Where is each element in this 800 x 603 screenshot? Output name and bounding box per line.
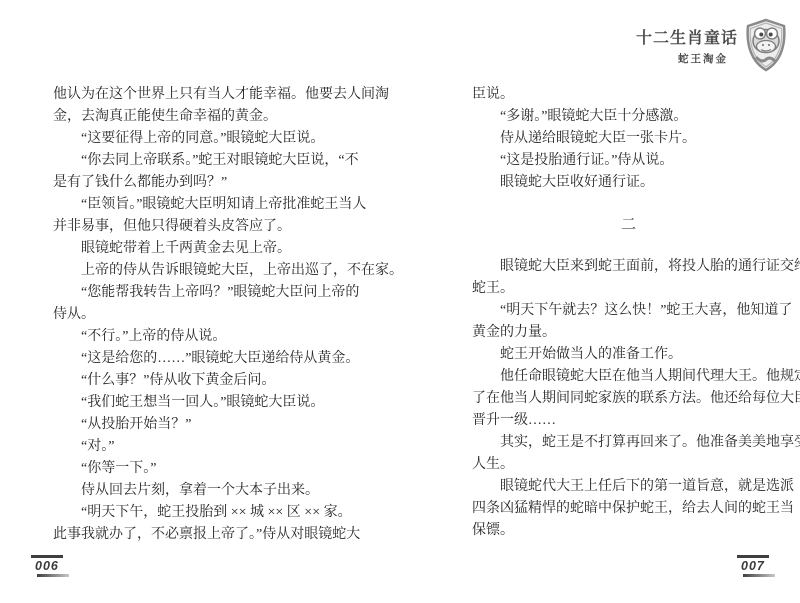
text-line: “你去同上帝联系。”蛇王对眼镜蛇大臣说，“不 xyxy=(53,150,389,172)
right-page-text: 臣说。 “多谢。”眼镜蛇大臣十分感激。 侍从递给眼镜蛇大臣一张卡片。 “这是投胎… xyxy=(472,84,786,542)
text-line: 他认为在这个世界上只有当人才能幸福。他要去人间淘 xyxy=(53,84,389,106)
section-heading: 二 xyxy=(472,214,786,236)
text-line: 侍从。 xyxy=(53,304,389,326)
text-line: “这要征得上帝的同意。”眼镜蛇大臣说。 xyxy=(53,128,389,150)
header-titles: 十二生肖童话 蛇王淘金 xyxy=(636,25,738,66)
text-line: 蛇王开始做当人的准备工作。 xyxy=(472,344,786,366)
text-line: “这是给您的……”眼镜蛇大臣递给侍从黄金。 xyxy=(53,348,389,370)
left-page-number: 006 xyxy=(31,559,69,573)
text-line: “这是投胎通行证。”侍从说。 xyxy=(472,150,786,172)
badge-top-bar xyxy=(737,555,769,558)
right-page-number-badge: 007 xyxy=(737,555,775,577)
snake-shield-emblem-icon xyxy=(742,18,790,72)
left-page-number-badge: 006 xyxy=(31,555,69,577)
text-line: 侍从回去片刻，拿着一个大本子出来。 xyxy=(53,480,389,502)
text-line: 眼镜蛇大臣收好通行证。 xyxy=(472,172,786,194)
text-line: 眼镜蛇带着上千两黄金去见上帝。 xyxy=(53,238,389,260)
left-page-text: 他认为在这个世界上只有当人才能幸福。他要去人间淘金，去淘真正能使生命幸福的黄金。… xyxy=(53,84,389,546)
right-page-number: 007 xyxy=(737,559,775,573)
text-line: 侍从递给眼镜蛇大臣一张卡片。 xyxy=(472,128,786,150)
text-line: 了在他当人期间同蛇家族的联系方法。他还给每位大臣 xyxy=(472,388,786,410)
text-line: 保镖。 xyxy=(472,520,786,542)
text-line: “什么事？”侍从收下黄金后问。 xyxy=(53,370,389,392)
text-line: 眼镜蛇大臣来到蛇王面前，将投人胎的通行证交给 xyxy=(472,256,786,278)
text-line: 人生。 xyxy=(472,454,786,476)
series-title: 十二生肖童话 xyxy=(636,25,738,48)
text-line: “你等一下。” xyxy=(53,458,389,480)
badge-top-bar xyxy=(31,555,63,558)
text-line: “臣领旨。”眼镜蛇大臣明知请上帝批准蛇王当人 xyxy=(53,194,389,216)
text-line: 上帝的侍从告诉眼镜蛇大臣，上帝出巡了，不在家。 xyxy=(53,260,389,282)
text-line: 晋升一级…… xyxy=(472,410,786,432)
text-line: 四条凶猛精悍的蛇暗中保护蛇王，给去人间的蛇王当 xyxy=(472,498,786,520)
text-line: “明天下午就去？这么快！”蛇王大喜，他知道了 xyxy=(472,300,786,322)
text-line: 是有了钱什么都能办到吗？” xyxy=(53,172,389,194)
text-line: “明天下午，蛇王投胎到 ×× 城 ×× 区 ×× 家。 xyxy=(53,502,389,524)
text-line: “我们蛇王想当一回人。”眼镜蛇大臣说。 xyxy=(53,392,389,414)
text-line: “多谢。”眼镜蛇大臣十分感激。 xyxy=(472,106,786,128)
badge-bottom-bar xyxy=(743,574,775,577)
badge-bottom-bar xyxy=(37,574,69,577)
book-spread: { "header": { "series_title": "十二生肖童话", … xyxy=(0,0,800,603)
text-line: 金，去淘真正能使生命幸福的黄金。 xyxy=(53,106,389,128)
text-line: 并非易事，但他只得硬着头皮答应了。 xyxy=(53,216,389,238)
text-line: 黄金的力量。 xyxy=(472,322,786,344)
text-line: 眼镜蛇代大王上任后下的第一道旨意，就是选派 xyxy=(472,476,786,498)
right-page-lines-after: 眼镜蛇大臣来到蛇王面前，将投人胎的通行证交给蛇王。 “明天下午就去？这么快！”蛇… xyxy=(472,256,786,542)
text-line: “不行。”上帝的侍从说。 xyxy=(53,326,389,348)
book-title: 蛇王淘金 xyxy=(636,51,738,66)
text-line: 蛇王。 xyxy=(472,278,786,300)
text-line: “从投胎开始当？” xyxy=(53,414,389,436)
text-line: “对。” xyxy=(53,436,389,458)
text-line: 臣说。 xyxy=(472,84,786,106)
text-line: 他任命眼镜蛇大臣在他当人期间代理大王。他规定 xyxy=(472,366,786,388)
book-header: 十二生肖童话 蛇王淘金 xyxy=(636,18,790,72)
text-line: 其实，蛇王是不打算再回来了。他准备美美地享受 xyxy=(472,432,786,454)
text-line: “您能帮我转告上帝吗？”眼镜蛇大臣问上帝的 xyxy=(53,282,389,304)
text-line: 此事我就办了，不必禀报上帝了。”侍从对眼镜蛇大 xyxy=(53,524,389,546)
right-page-lines-before: 臣说。 “多谢。”眼镜蛇大臣十分感激。 侍从递给眼镜蛇大臣一张卡片。 “这是投胎… xyxy=(472,84,786,194)
